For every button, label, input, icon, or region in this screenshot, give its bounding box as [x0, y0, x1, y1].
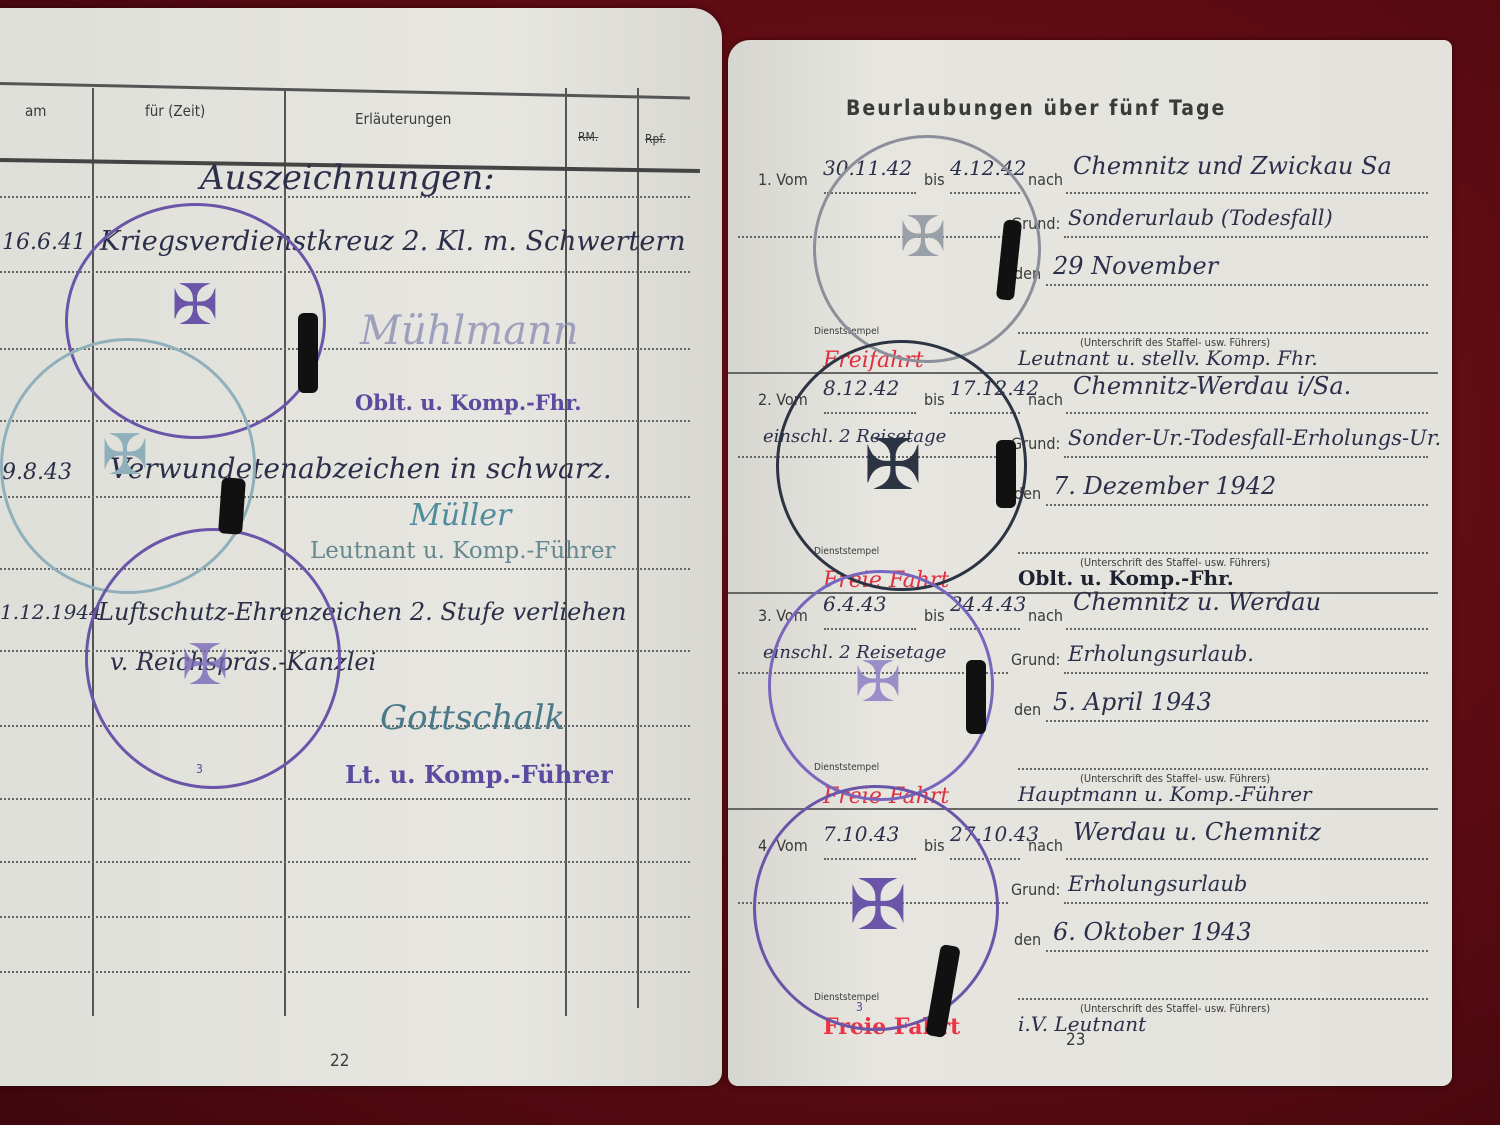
- leave-reason: Sonderurlaub (Todesfall): [1068, 206, 1333, 230]
- leave-destination: Chemnitz-Werdau i/Sa.: [1073, 372, 1351, 400]
- leave-destination: Werdau u. Chemnitz: [1073, 818, 1321, 846]
- signer-title: Oblt. u. Komp.-Fhr.: [1018, 566, 1234, 590]
- column-header-rpf: Rpf.: [645, 132, 666, 146]
- page-number: 22: [330, 1051, 349, 1071]
- eagle-emblem-icon: ✠: [828, 870, 928, 940]
- section-heading: Auszeichnungen:: [200, 158, 495, 198]
- signer-stamp: Lt. u. Komp.-Führer: [345, 760, 613, 789]
- eagle-emblem-icon: ✠: [150, 278, 240, 334]
- left-page: am für (Zeit) Erläuterungen RM. Rpf. Aus…: [0, 8, 722, 1086]
- redaction-mark: [996, 440, 1016, 508]
- signer-title: Leutnant u. stellv. Komp. Fhr.: [1018, 346, 1318, 370]
- column-header-erlaeuterungen: Erläuterungen: [355, 110, 451, 128]
- leave-dated: 6. Oktober 1943: [1053, 918, 1252, 946]
- leave-index-and-from-label: 1. Vom: [758, 170, 808, 189]
- page-title: Beurlaubungen über fünf Tage: [846, 96, 1226, 120]
- stamp-number: 3: [196, 762, 203, 776]
- dotted-line: [1064, 902, 1428, 904]
- dotted-line: [1064, 672, 1428, 674]
- dotted-line: [1064, 236, 1428, 238]
- dotted-line: [1064, 456, 1428, 458]
- dotted-line: [1066, 412, 1428, 414]
- eagle-emblem-icon: ✠: [843, 430, 943, 500]
- destination-label: nach: [1028, 606, 1063, 625]
- right-page: Beurlaubungen über fünf Tage 1. Vom 30.1…: [728, 40, 1452, 1086]
- eagle-emblem-icon: ✠: [80, 428, 170, 484]
- eagle-emblem-icon: ✠: [878, 210, 968, 266]
- signer-stamp: Leutnant u. Komp.-Führer: [310, 538, 615, 564]
- column-header-am: am: [25, 102, 46, 120]
- leave-dated: 7. Dezember 1942: [1053, 472, 1276, 500]
- leave-dated: 5. April 1943: [1053, 688, 1212, 716]
- dotted-line: [1018, 768, 1428, 770]
- dotted-line: [1046, 720, 1428, 722]
- header-top-rule: [0, 82, 690, 99]
- eagle-emblem-icon: ✠: [165, 638, 245, 694]
- column-header-rm: RM.: [578, 130, 598, 144]
- destination-label: nach: [1028, 390, 1063, 409]
- leave-destination: Chemnitz u. Werdau: [1073, 588, 1321, 616]
- row-dotted-line: [0, 916, 690, 918]
- signer-stamp: Oblt. u. Komp.-Fhr.: [355, 390, 582, 415]
- redaction-mark: [218, 477, 246, 535]
- redaction-mark: [298, 313, 318, 393]
- dated-label: den: [1014, 930, 1041, 949]
- reason-label: Grund:: [1011, 650, 1060, 669]
- leave-reason: Erholungsurlaub.: [1068, 642, 1254, 666]
- entry-date: 16.6.41: [2, 230, 86, 255]
- dated-label: den: [1014, 700, 1041, 719]
- page-number: 23: [1066, 1030, 1085, 1050]
- dotted-line: [1018, 998, 1428, 1000]
- signer-title: Hauptmann u. Komp.-Führer: [1018, 782, 1312, 806]
- dotted-line: [1066, 858, 1428, 860]
- dotted-line: [1046, 284, 1428, 286]
- entry-date: 1.12.1944: [0, 600, 102, 624]
- leave-reason: Erholungsurlaub: [1068, 872, 1247, 896]
- eagle-emblem-icon: ✠: [833, 655, 923, 711]
- signature: Müller: [410, 498, 511, 533]
- leave-dated: 29 November: [1053, 252, 1218, 280]
- stamp-number: 3: [856, 1000, 863, 1014]
- row-dotted-line: [0, 971, 690, 973]
- leave-destination: Chemnitz und Zwickau Sa: [1073, 152, 1392, 180]
- dotted-line: [1046, 504, 1428, 506]
- dotted-line: [1066, 628, 1428, 630]
- destination-label: nach: [1028, 170, 1063, 189]
- destination-label: nach: [1028, 836, 1063, 855]
- row-dotted-line: [0, 861, 690, 863]
- dotted-line: [1046, 950, 1428, 952]
- row-dotted-line: [0, 798, 690, 800]
- signature: Gottschalk: [380, 698, 565, 738]
- dotted-line: [1018, 332, 1428, 334]
- dotted-line: [1018, 552, 1428, 554]
- column-header-fuer-zeit: für (Zeit): [145, 102, 205, 120]
- dotted-line: [1066, 192, 1428, 194]
- reason-label: Grund:: [1011, 880, 1060, 899]
- redaction-mark: [966, 660, 986, 734]
- signature: Mühlmann: [360, 308, 579, 354]
- leave-reason: Sonder-Ur.-Todesfall-Erholungs-Ur.: [1068, 426, 1441, 450]
